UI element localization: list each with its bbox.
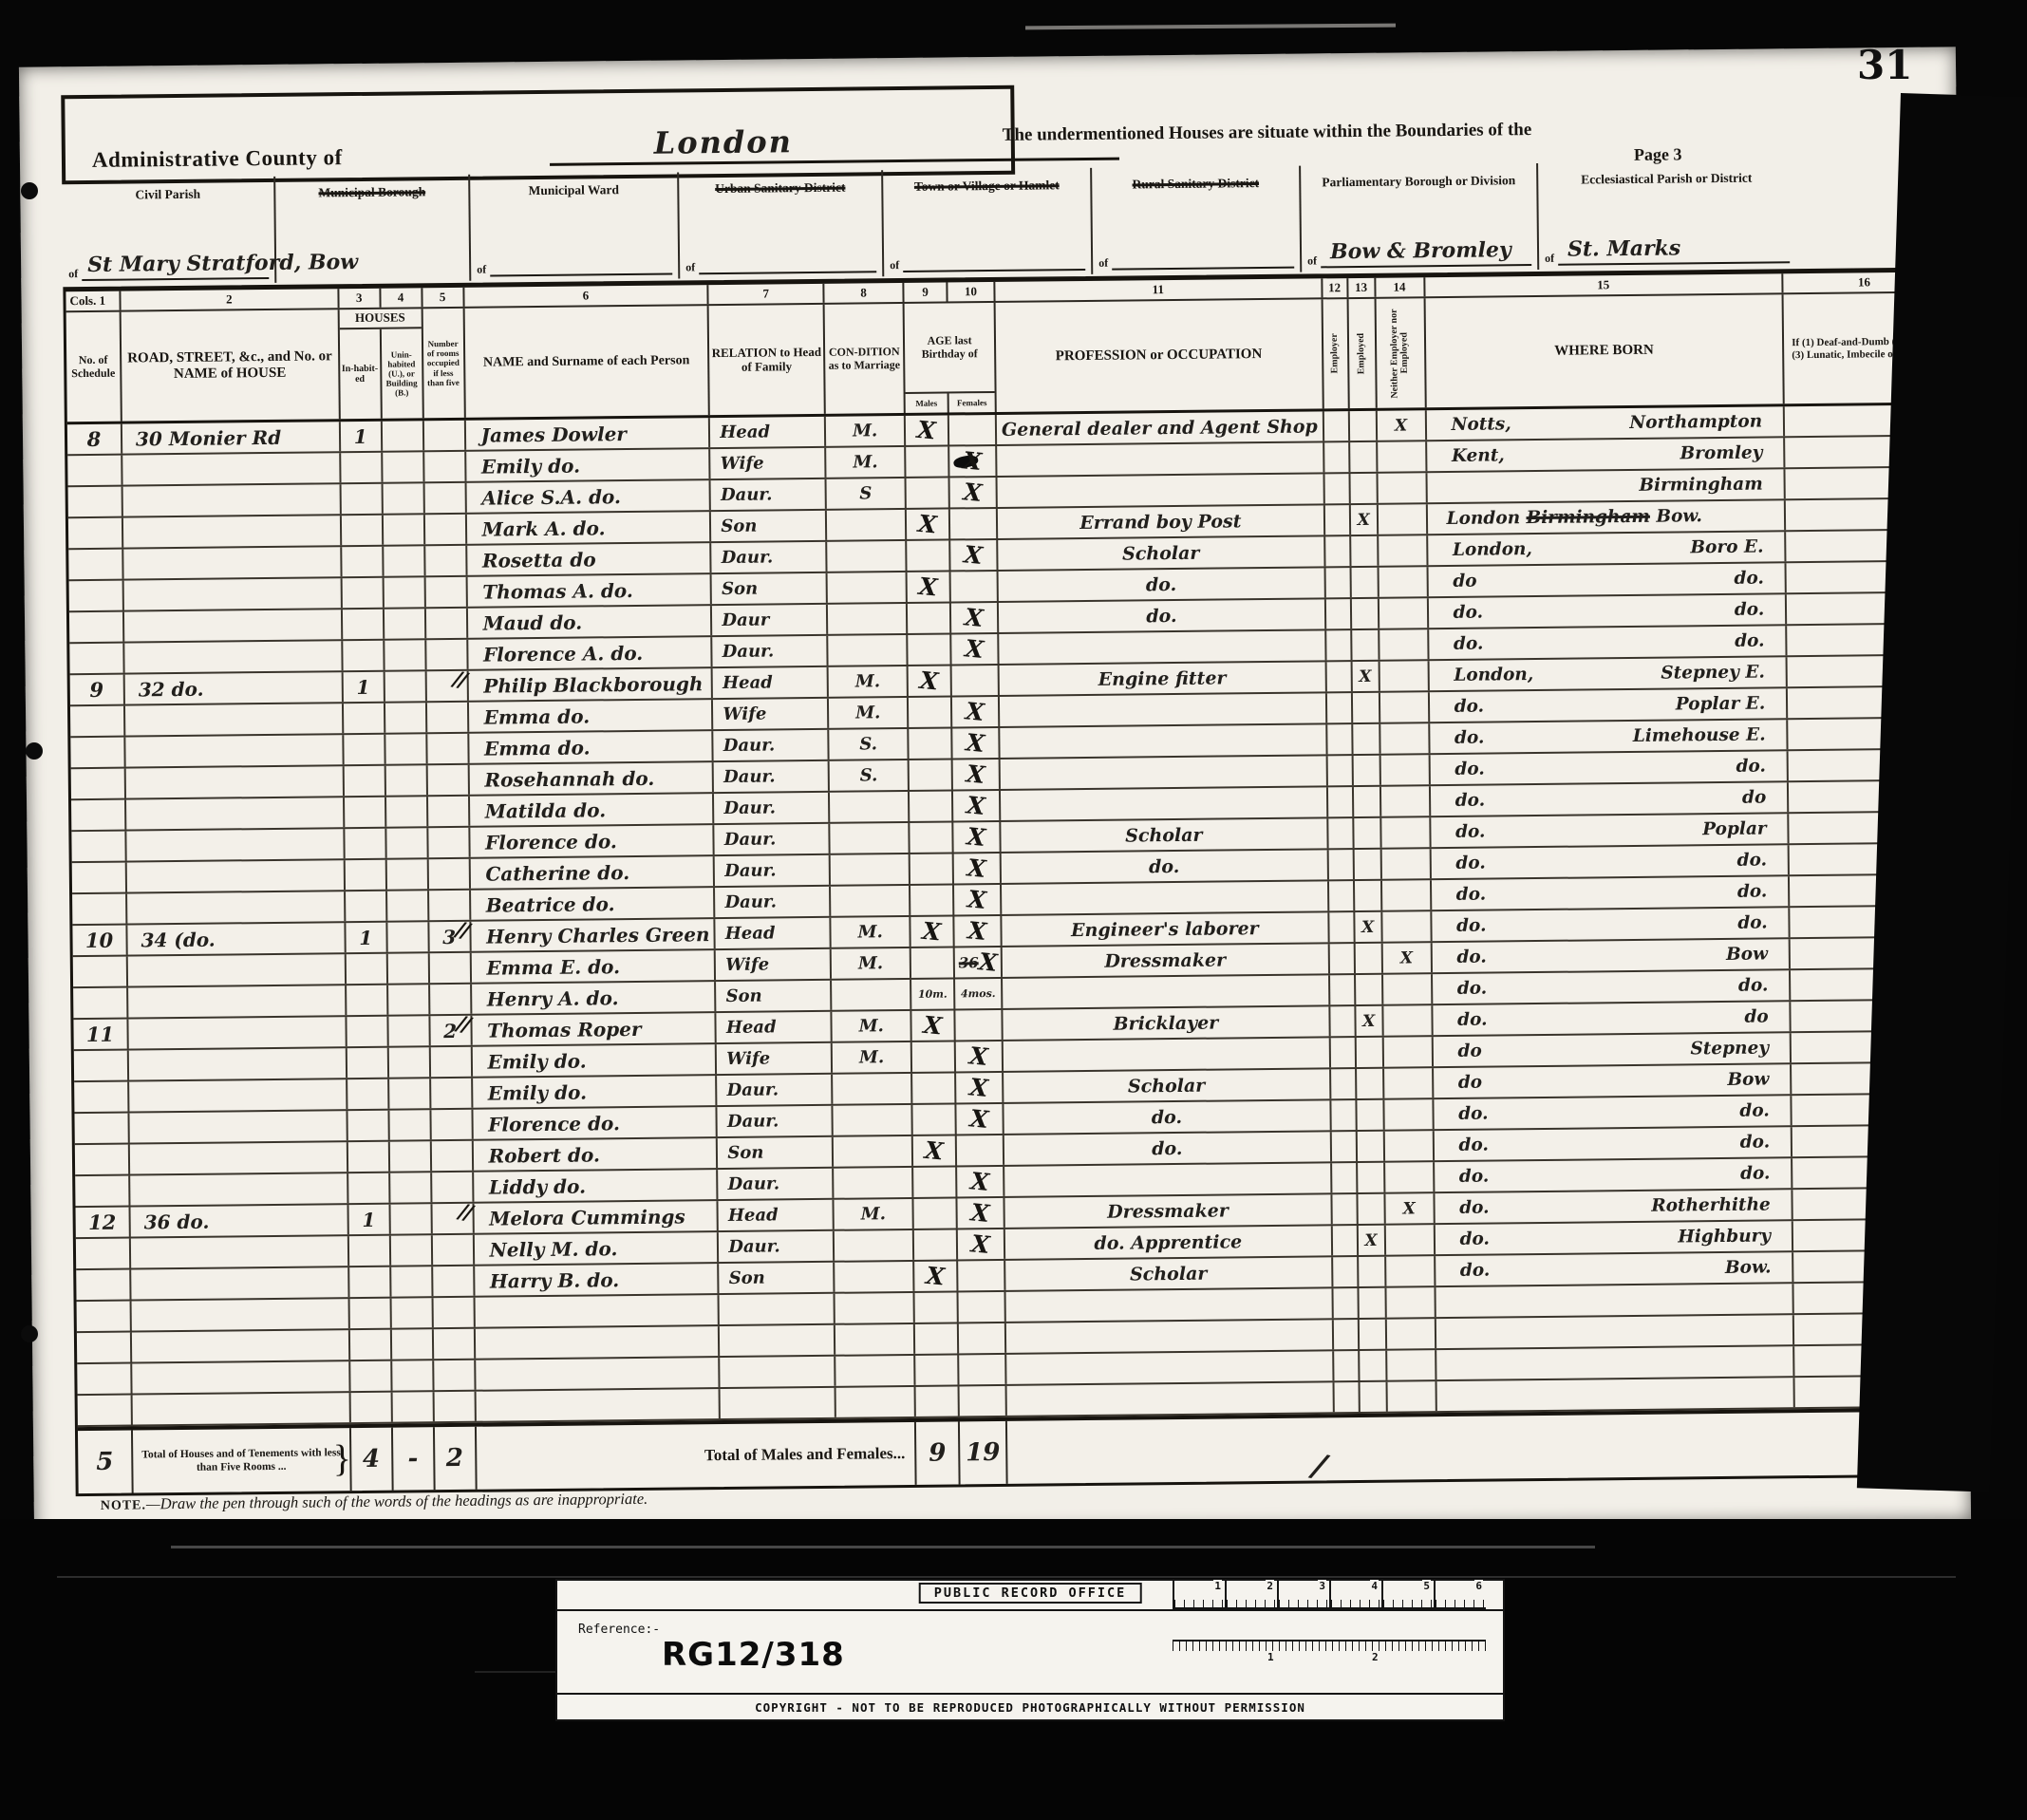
film-streak — [57, 1576, 1956, 1578]
column-header-row: No. of ScheduleROAD, STREET, &c., and No… — [66, 292, 1946, 424]
condition-value: M. — [858, 953, 883, 973]
where-born-value: do.do. — [1430, 756, 1787, 779]
cell-age-males — [910, 854, 954, 883]
cell-inhabited — [347, 1017, 388, 1046]
cell-condition — [835, 1324, 915, 1355]
district-label-text: Town or Village or Hamlet — [914, 178, 1060, 194]
cell-address — [128, 1017, 347, 1048]
cell-employer — [1325, 536, 1351, 566]
cell-address — [127, 860, 346, 891]
cell-rooms — [424, 452, 466, 481]
where-born-right: Birmingham — [1639, 475, 1763, 496]
cell-uninhabited — [392, 1360, 434, 1390]
condition-value: S. — [860, 765, 878, 785]
cell-neither — [1380, 755, 1430, 785]
cell-name: Florence do. — [470, 825, 715, 857]
occupation-value: General dealer and Agent Shop — [1002, 416, 1318, 440]
cell-name: Maud do. — [468, 606, 713, 638]
column-number: 3 — [339, 289, 381, 308]
cell-age-females — [960, 1386, 1007, 1417]
cell-employed — [1353, 724, 1380, 754]
where-born-value: do.do. — [1434, 1132, 1791, 1155]
cell-rooms — [434, 1329, 476, 1359]
cell-neither — [1379, 567, 1428, 597]
stamp-title-row: PUBLIC RECORD OFFICE 123456 — [557, 1581, 1503, 1611]
column-number: 6 — [464, 285, 709, 307]
cell-name — [476, 1389, 721, 1421]
cell-age-females: 4mos. — [955, 979, 1003, 1009]
cell-where-born: London,Boro E. — [1428, 532, 1787, 565]
cell-employer — [1331, 1100, 1357, 1130]
neither-mark: X — [1395, 416, 1407, 435]
relation-value: Son — [729, 1268, 765, 1288]
cell-uninhabited — [391, 1298, 433, 1327]
cell-where-born — [1436, 1378, 1795, 1411]
film-streak — [171, 1546, 1595, 1548]
cell-uninhabited — [385, 765, 427, 795]
cell-age-females — [949, 415, 997, 445]
cell-inhabited — [344, 704, 385, 733]
totals-schedule-cell: 5 — [78, 1431, 134, 1494]
cell-employed — [1352, 599, 1379, 629]
cell-condition — [834, 1168, 913, 1198]
cell-address — [124, 578, 343, 610]
cell-where-born: do.do — [1433, 1002, 1792, 1035]
age-strike-mark: X — [964, 460, 982, 462]
cell-condition: M. — [826, 447, 906, 478]
cell-schedule — [74, 1114, 129, 1144]
totals-schedule-value: 5 — [96, 1448, 113, 1476]
cell-address — [130, 1142, 348, 1173]
person-name: Emma E. do. — [486, 955, 620, 979]
cell-uninhabited — [388, 985, 430, 1014]
cell-neither — [1386, 1287, 1436, 1318]
cell-age-females — [958, 1261, 1005, 1291]
cell-occupation — [1003, 975, 1330, 1008]
where-born-value: do.Poplar E. — [1430, 693, 1787, 717]
cell-where-born: do.do. — [1434, 1127, 1792, 1160]
cell-address: 30 Monier Rd — [122, 422, 341, 453]
cell-neither — [1379, 598, 1428, 629]
relation-value: Daur. — [723, 641, 775, 662]
totals-houses-label-cell: Total of Houses and of Tenements with le… — [133, 1428, 351, 1492]
where-born-left: do. — [1455, 697, 1485, 717]
cell-occupation: Engineer's laborer — [1002, 912, 1329, 946]
cell-rooms — [432, 1173, 474, 1202]
cell-occupation — [1001, 787, 1328, 820]
cell-rooms — [431, 1141, 473, 1171]
where-born-value: do.do — [1433, 1006, 1790, 1030]
cell-name: Emma do. — [469, 731, 714, 763]
where-born-left: Notts, — [1451, 414, 1511, 435]
cell-occupation — [1000, 724, 1327, 758]
age-strike-mark: X — [965, 617, 983, 619]
where-born-value: do.Highbury — [1435, 1226, 1792, 1249]
cell-address — [126, 829, 345, 860]
cell-where-born: London,Stepney E. — [1429, 657, 1788, 690]
cell-relation: Wife — [711, 448, 827, 478]
cell-condition — [834, 1105, 913, 1135]
cell-name: Beatrice do. — [471, 888, 716, 920]
cell-rooms — [429, 953, 471, 983]
scale-cell: 2 — [1225, 1579, 1277, 1609]
header-employed: Employed — [1348, 299, 1377, 408]
cell-inhabited — [350, 1361, 392, 1391]
cell-age-males — [907, 478, 950, 507]
district-label: Rural Sanitary District — [1092, 166, 1299, 193]
person-name: Emily do. — [481, 454, 580, 478]
stamp-reference-number: RG12/318 — [662, 1636, 845, 1674]
condition-value: M. — [861, 1204, 886, 1224]
cell-schedule: 8 — [67, 424, 122, 455]
cell-schedule — [71, 832, 126, 862]
scale-cell: 5 — [1381, 1579, 1434, 1609]
column-number: 12 — [1323, 278, 1348, 297]
cell-uninhabited — [384, 577, 425, 607]
cell-where-born — [1436, 1284, 1794, 1317]
folio-number: 31 — [1857, 42, 1912, 88]
where-born-right: Limehouse E. — [1633, 724, 1766, 745]
where-born-right: Bow — [1727, 1069, 1769, 1089]
cell-occupation — [997, 442, 1324, 476]
cell-rooms — [427, 734, 469, 763]
cell-neither: X — [1377, 410, 1426, 441]
where-born-right: Poplar — [1702, 818, 1767, 839]
cell-schedule: 9 — [70, 675, 125, 705]
punch-hole — [21, 182, 38, 199]
cell-inhabited — [349, 1236, 391, 1266]
where-born-value: do.Rotherhithe — [1435, 1194, 1792, 1218]
cell-neither — [1386, 1319, 1436, 1349]
cell-inhabited — [342, 547, 384, 576]
cell-employer — [1328, 850, 1354, 879]
relation-value: Wife — [726, 1048, 770, 1068]
where-born-value: do.Limehouse E. — [1430, 724, 1787, 748]
where-born-right: do. — [1735, 600, 1765, 620]
where-born-right: Northampton — [1629, 412, 1762, 433]
cell-employed — [1360, 1351, 1387, 1380]
cell-condition: M. — [829, 698, 909, 728]
header-inhabited: In-habit-ed — [340, 328, 383, 419]
cell-name: //Thomas Roper — [472, 1013, 717, 1045]
cell-name: Robert do. — [473, 1138, 718, 1171]
cell-inhabited — [350, 1330, 392, 1360]
cell-employed — [1357, 1100, 1384, 1130]
column-number: 10 — [948, 282, 995, 302]
cell-relation: Head — [716, 918, 832, 948]
neither-mark: X — [1402, 1199, 1415, 1218]
cell-rooms — [432, 1235, 474, 1265]
header-age-females: Females — [949, 393, 995, 413]
where-born-left: London, — [1453, 539, 1532, 560]
header-schedule: No. of Schedule — [66, 312, 122, 422]
cell-condition — [831, 823, 910, 854]
cell-occupation — [999, 630, 1326, 664]
admin-county-underline — [550, 158, 1119, 166]
cell-schedule — [77, 1302, 132, 1332]
cell-employed — [1351, 568, 1379, 597]
cell-name — [476, 1358, 721, 1390]
column-number: 13 — [1348, 278, 1376, 297]
cell-address: 36 do. — [130, 1205, 348, 1236]
cell-relation: Daur. — [711, 479, 827, 510]
where-born-right: Stepney E. — [1661, 663, 1765, 684]
age-strike-mark: X — [971, 1181, 989, 1183]
age-strike-mark: X — [967, 774, 985, 776]
cell-inhabited — [345, 829, 386, 858]
cell-employed — [1359, 1257, 1386, 1286]
cell-address — [123, 484, 342, 516]
cell-rooms — [426, 640, 468, 669]
cell-inhabited: 1 — [343, 672, 385, 702]
cell-condition: S. — [830, 760, 910, 791]
cell-name: Mark A. do. — [466, 512, 711, 544]
cell-neither — [1378, 473, 1427, 503]
where-born-left: do — [1458, 1073, 1482, 1093]
cell-address — [132, 1330, 350, 1361]
cell-employed — [1355, 881, 1382, 910]
totals-females-value: 19 — [966, 1438, 1000, 1467]
cell-employed: X — [1352, 662, 1379, 691]
inhabited-value: 1 — [354, 424, 367, 447]
district-label: Parliamentary Borough or Division — [1301, 163, 1536, 190]
cell-age-females: X — [952, 697, 1000, 727]
where-born-left: do. — [1454, 634, 1484, 654]
cell-address — [125, 735, 344, 766]
cell-rooms — [427, 765, 469, 795]
cell-name: Rosetta do — [467, 543, 712, 575]
totals-uninhabited-value: - — [407, 1444, 418, 1473]
cell-address — [128, 954, 347, 985]
cell-rooms — [434, 1392, 476, 1421]
where-born-left: do — [1457, 1041, 1481, 1061]
cell-condition: M. — [826, 416, 906, 446]
where-born-left: do. — [1456, 885, 1487, 905]
cell-name: Emily do. — [466, 449, 711, 481]
cell-relation: Daur. — [717, 1075, 833, 1105]
cell-employed — [1360, 1382, 1387, 1412]
cell-uninhabited — [389, 1110, 431, 1139]
relation-value: Daur. — [724, 860, 777, 881]
totals-uninhabited-cell: - — [393, 1427, 436, 1490]
relation-value: Head — [725, 923, 776, 944]
cell-name: Rosehannah do. — [469, 762, 714, 795]
cell-where-born: do.do. — [1430, 751, 1789, 784]
header-houses-group: HOUSESIn-habit-edUnin-habited (U.), or B… — [339, 309, 423, 419]
where-born-value: do.do. — [1434, 1100, 1791, 1124]
cell-uninhabited — [385, 703, 427, 732]
cell-neither — [1381, 786, 1431, 816]
cell-occupation — [1004, 1163, 1332, 1196]
relation-value: Head — [723, 672, 773, 693]
writein-line — [82, 277, 269, 281]
cell-address — [128, 985, 347, 1017]
header-age-group: AGE last Birthday ofMalesFemales — [905, 303, 997, 413]
cell-condition — [831, 886, 910, 916]
schedule-number: 10 — [85, 929, 113, 952]
cell-uninhabited — [387, 891, 429, 920]
address-value: 36 do. — [143, 1210, 209, 1233]
where-born-value: dodo. — [1428, 568, 1785, 591]
of-word: of — [477, 263, 486, 277]
where-born-right: do. — [1739, 1100, 1770, 1120]
writein-line — [490, 273, 672, 277]
cell-neither — [1384, 1099, 1434, 1130]
cell-inhabited: 1 — [348, 1205, 390, 1234]
scale-cell: 6 — [1434, 1579, 1486, 1609]
address-value: 30 Monier Rd — [136, 425, 281, 450]
cell-address — [131, 1267, 349, 1299]
where-born-value: do.do. — [1431, 850, 1788, 873]
where-born-right: Bow — [1726, 944, 1768, 964]
cell-employer — [1329, 912, 1355, 942]
cm-number: 1 — [1267, 1651, 1274, 1663]
cell-rooms — [428, 859, 470, 889]
where-born-value: do.Bow — [1432, 944, 1789, 967]
where-born-left: do — [1453, 572, 1476, 591]
where-born-value: London,Stepney E. — [1429, 662, 1786, 685]
cell-name: Thomas A. do. — [467, 574, 712, 607]
cell-age-males — [914, 1229, 958, 1259]
cell-relation: Son — [718, 1137, 834, 1168]
stamp-copyright-line: COPYRIGHT - NOT TO BE REPRODUCED PHOTOGR… — [557, 1693, 1503, 1719]
cell-relation — [721, 1357, 836, 1387]
where-born-right: do — [1742, 787, 1766, 807]
cell-name: //Henry Charles Green — [471, 919, 716, 951]
where-born-right: do. — [1740, 1132, 1771, 1152]
cell-uninhabited — [385, 671, 426, 701]
where-born-value: do.do. — [1432, 912, 1789, 936]
cell-rooms — [433, 1266, 475, 1296]
cell-occupation — [1000, 693, 1327, 726]
person-name: James Dowler — [480, 422, 627, 447]
cell-where-born: do.Limehouse E. — [1430, 720, 1789, 753]
district-label-text: Ecclesiastical Parish or District — [1581, 171, 1752, 187]
scale-cell: 4 — [1329, 1579, 1381, 1609]
where-born-right: do. — [1736, 756, 1766, 776]
cell-rooms — [431, 1079, 473, 1108]
cell-occupation — [1004, 1038, 1331, 1071]
cell-neither — [1379, 535, 1428, 566]
condition-value: M. — [853, 421, 877, 441]
cell-rooms — [434, 1360, 476, 1390]
schedule-number: 12 — [88, 1210, 116, 1234]
cell-uninhabited — [384, 515, 425, 544]
cell-address — [124, 641, 343, 672]
district-writein: of — [890, 242, 1085, 272]
cell-employer — [1330, 1038, 1356, 1067]
cell-name: James Dowler — [465, 418, 710, 450]
scale-number: 1 — [1213, 1580, 1222, 1592]
cell-age-females — [957, 1135, 1004, 1166]
cell-inhabited — [346, 954, 387, 984]
cell-name: Florence do. — [473, 1107, 718, 1139]
district-cell: Ecclesiastical Parish or DistrictofSt. M… — [1538, 160, 1795, 270]
cell-schedule — [71, 769, 126, 799]
relation-value: Daur. — [724, 829, 777, 850]
cell-schedule — [69, 581, 124, 611]
cell-neither — [1384, 1131, 1434, 1161]
where-born-left: do. — [1457, 1010, 1488, 1030]
cell-employed — [1350, 474, 1378, 503]
relation-value: Daur. — [726, 1079, 779, 1100]
district-writein: of — [1098, 240, 1294, 271]
cell-employer — [1332, 1163, 1358, 1192]
cell-condition — [835, 1356, 915, 1386]
column-number: 11 — [995, 278, 1323, 301]
where-born-value: Kent,Bromley — [1427, 442, 1784, 466]
relation-value: Daur. — [728, 1236, 780, 1257]
cell-schedule — [71, 800, 126, 831]
column-number: 9 — [904, 282, 948, 301]
writein-line — [1321, 264, 1531, 268]
cell-where-born: do.Poplar E. — [1429, 688, 1788, 722]
stamp-reference-label: Reference:- — [578, 1623, 660, 1637]
age-strike-mark: X — [918, 523, 936, 525]
cell-inhabited: 1 — [341, 422, 383, 451]
age-strike-mark: X — [967, 836, 985, 838]
occupation-value: Engine fitter — [1098, 667, 1227, 689]
district-cell: Parliamentary Borough or DivisionofBow &… — [1301, 163, 1539, 272]
cell-name — [475, 1295, 720, 1327]
district-cell: Urban Sanitary Districtof — [679, 170, 884, 278]
cell-rooms — [430, 1047, 472, 1077]
cell-age-females: X — [952, 728, 1000, 759]
of-word: of — [1098, 256, 1108, 271]
district-value: St Mary Stratford, Bow — [87, 250, 358, 277]
age-females-value: 4mos. — [961, 987, 996, 1000]
admin-county-label: Administrative County of — [92, 145, 343, 173]
cell-address — [130, 1173, 348, 1205]
cell-name: Florence A. do. — [468, 637, 713, 669]
age-strike-mark: X — [971, 1244, 989, 1246]
cell-where-born: do.do. — [1428, 594, 1787, 628]
column-number: 8 — [825, 283, 905, 303]
cell-where-born: dodo. — [1428, 563, 1787, 596]
condition-value: M. — [855, 671, 880, 691]
cell-age-females: X — [950, 540, 998, 571]
scale-number: 6 — [1474, 1580, 1483, 1592]
cell-employed — [1354, 850, 1381, 879]
cell-neither: X — [1382, 943, 1432, 973]
where-born-right: Rotherhithe — [1651, 1194, 1771, 1215]
cell-inhabited — [346, 891, 387, 921]
cell-age-males — [912, 1073, 956, 1102]
person-name: Beatrice do. — [486, 892, 615, 916]
header-age-body: MalesFemales — [906, 391, 995, 413]
header-uninhabited: Unin-habited (U.), or Building (B.) — [382, 328, 422, 419]
cell-condition — [831, 854, 910, 885]
cell-schedule: 11 — [73, 1020, 128, 1050]
cell-age-females: X — [957, 1104, 1004, 1135]
cell-age-males — [907, 540, 950, 570]
district-label-text: Civil Parish — [135, 187, 200, 202]
cell-schedule — [69, 644, 124, 674]
cell-uninhabited — [389, 1141, 431, 1171]
brace-glyph: } — [333, 1435, 352, 1480]
cell-where-born: do.do — [1431, 782, 1790, 816]
cell-age-males — [915, 1355, 959, 1384]
writein-line — [699, 271, 876, 274]
person-name: Thomas Roper — [487, 1017, 642, 1041]
cell-employed — [1351, 536, 1379, 566]
person-name: Harry B. do. — [490, 1268, 620, 1292]
cell-employed: X — [1350, 505, 1378, 535]
person-name: Emily do. — [488, 1080, 587, 1104]
cell-employer — [1331, 1132, 1357, 1161]
cell-name: //Philip Blackborough — [468, 668, 713, 701]
cell-schedule: 10 — [72, 926, 127, 956]
